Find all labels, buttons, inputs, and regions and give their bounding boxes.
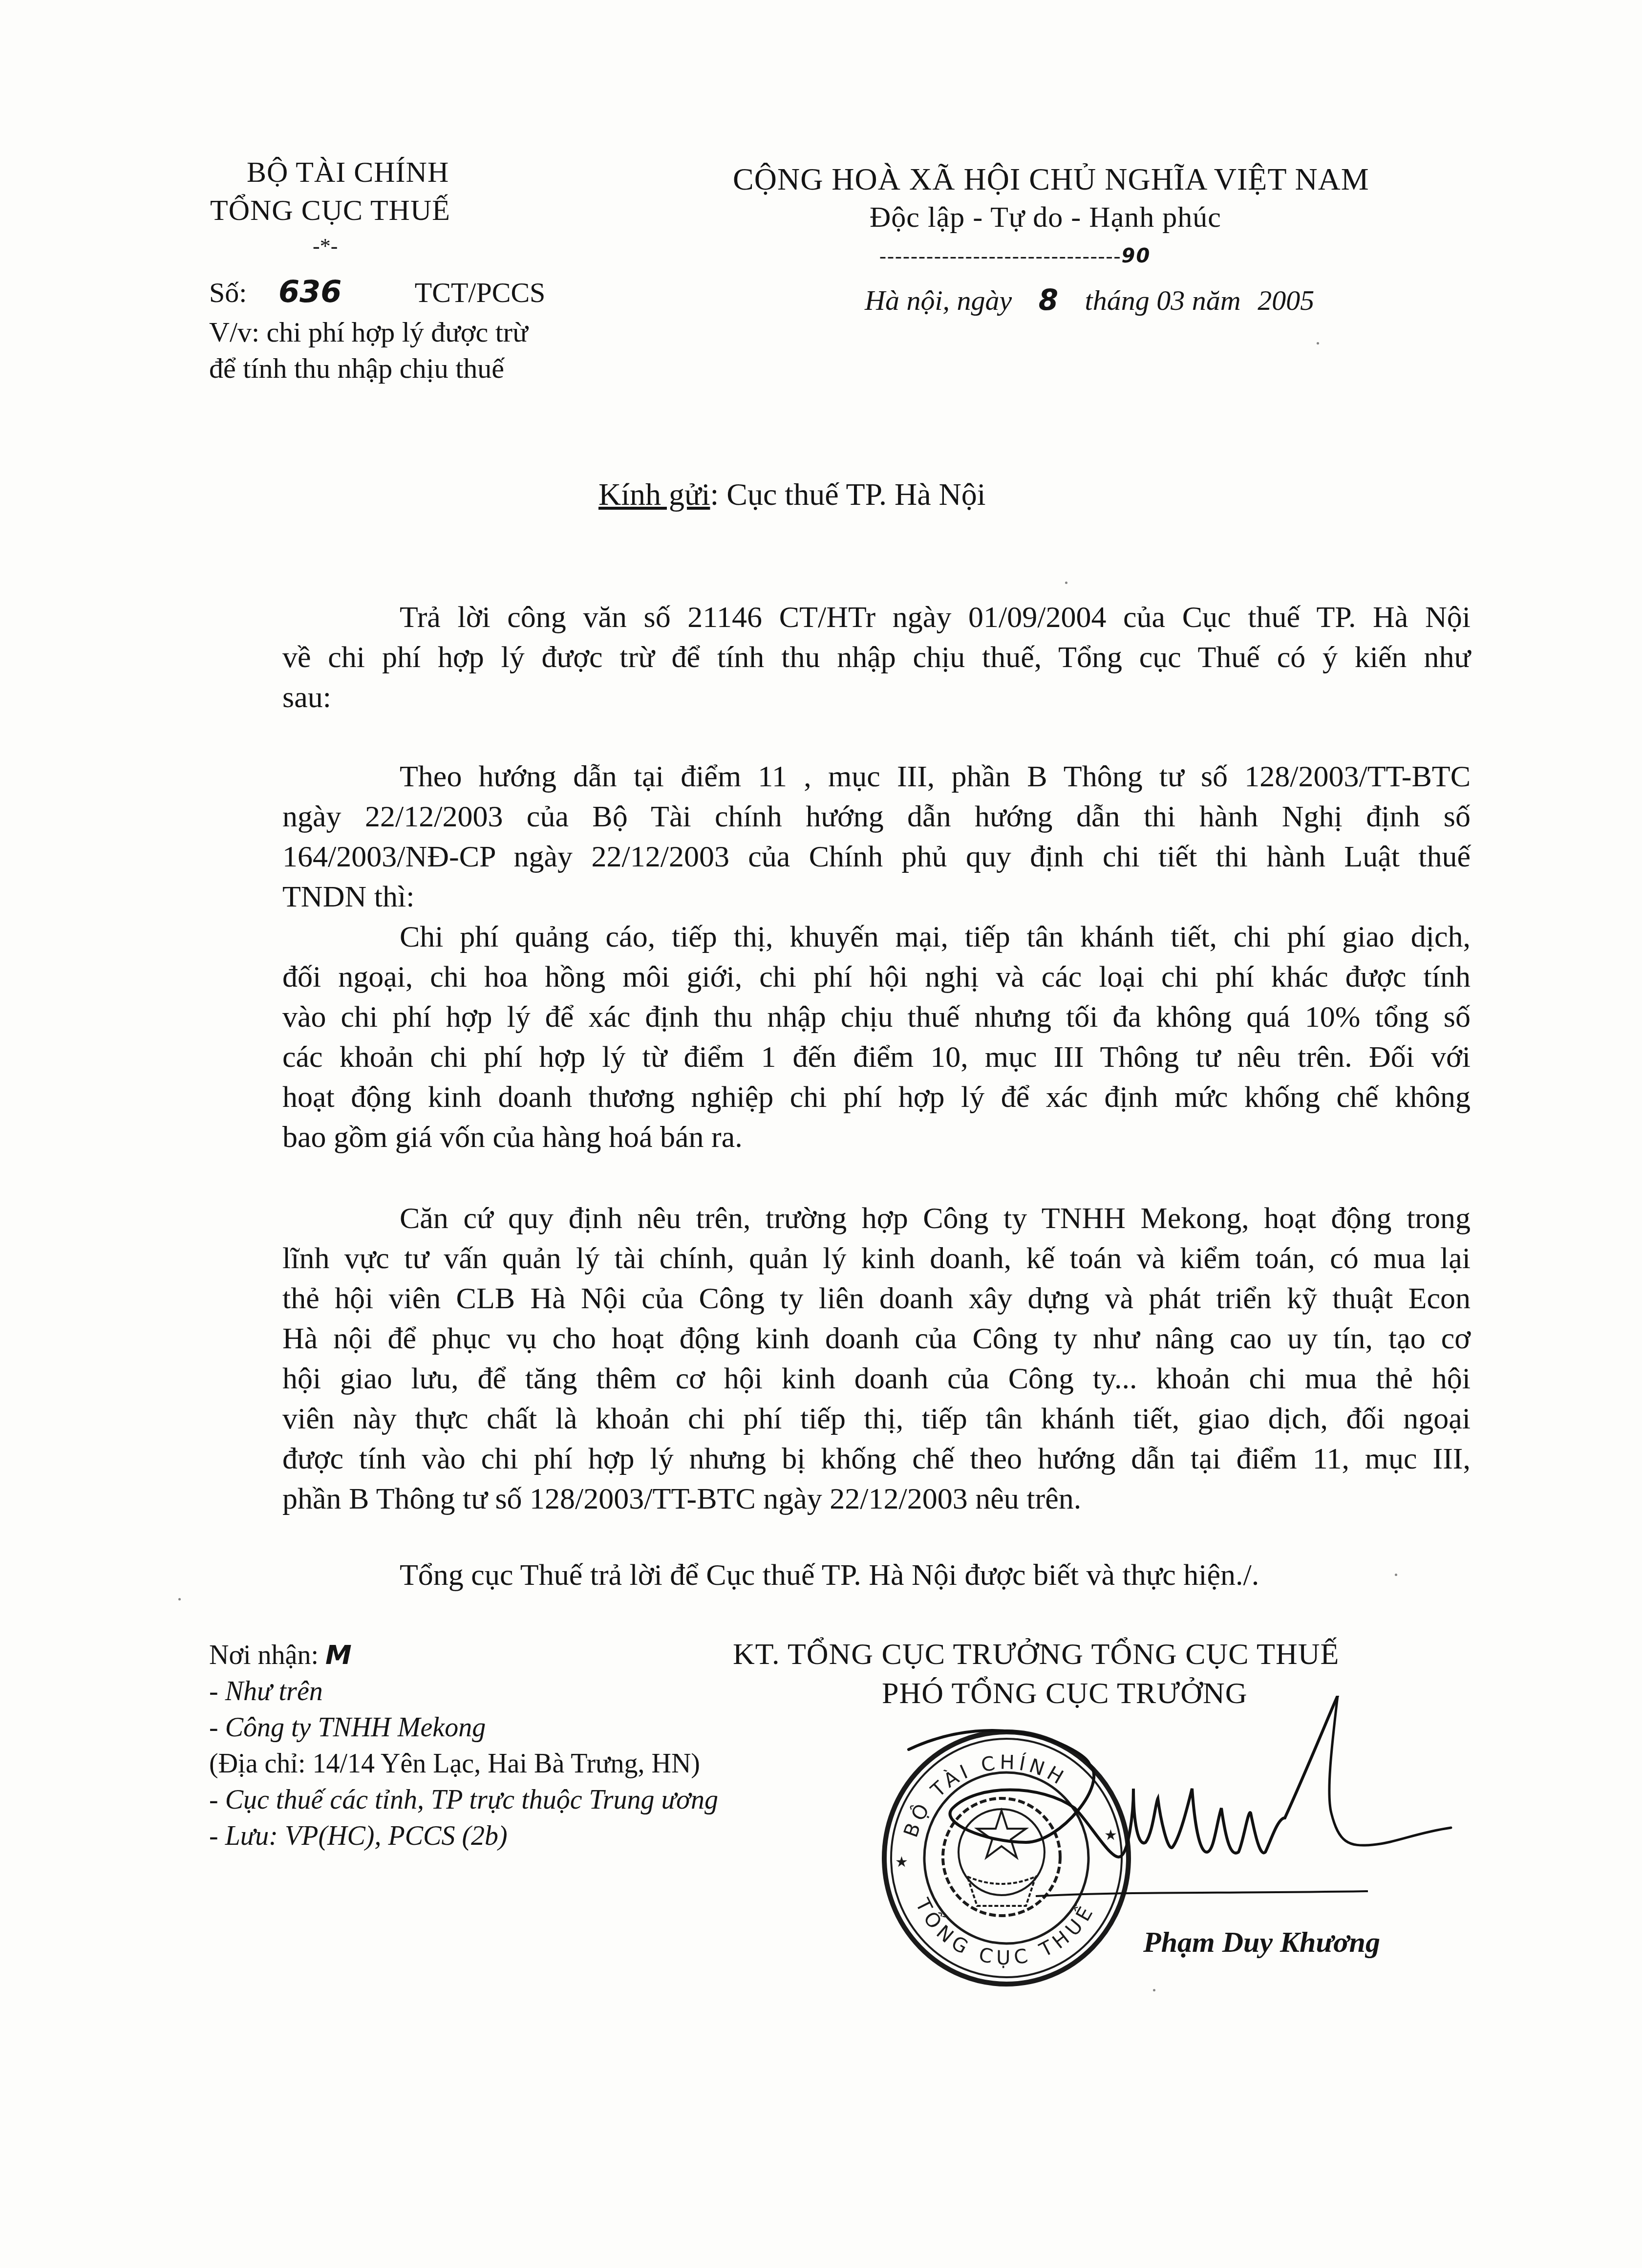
motto-rule: -------------------------------90 [879,244,1151,268]
body-line: đối ngoại, chi hoa hồng môi giới, chi ph… [282,957,1471,997]
body-line: Căn cứ quy định nêu trên, trường hợp Côn… [282,1198,1471,1238]
rule-mark: 90 [1122,245,1151,267]
body-line: Hà nội để phục vụ cho hoạt động kinh doa… [282,1318,1471,1359]
recipient-item: - Cục thuế các tỉnh, TP trực thuộc Trung… [209,1782,718,1818]
body-line: được tính vào chi phí hợp lý nhưng bị kh… [282,1439,1471,1479]
body-line: sau: [282,677,1471,717]
country-name: CỘNG HOÀ XÃ HỘI CHỦ NGHĨA VIỆT NAM [733,161,1369,197]
body-line: về chi phí hợp lý được trừ để tính thu n… [282,637,1471,677]
body-line: bao gồm giá vốn của hàng hoá bán ra. [282,1117,1471,1157]
date-year-label: năm [1192,284,1241,316]
body-line: Theo hướng dẫn tại điểm 11 , mục III, ph… [282,756,1471,797]
date-month-label: tháng [1085,284,1150,316]
recipient-item: - Như trên [209,1673,718,1709]
addressee-recipient: : Cục thuế TP. Hà Nội [710,477,985,512]
scan-speck [1395,1574,1397,1576]
body-line: Chi phí quảng cáo, tiếp thị, khuyến mại,… [282,917,1471,957]
recipient-item: - Lưu: VP(HC), PCCS (2b) [209,1818,718,1854]
recipient-item: (Địa chỉ: 14/14 Yên Lạc, Hai Bà Trưng, H… [209,1746,718,1782]
body-line: Trả lời công văn số 21146 CT/HTr ngày 01… [282,597,1471,637]
subject-line-2: để tính thu nhập chịu thuế [209,352,504,385]
scan-speck [1317,342,1319,345]
recipients-mark: M [325,1640,352,1670]
body-line: vào chi phí hợp lý để xác định thu nhập … [282,997,1471,1037]
body-line: phần B Thông tư số 128/2003/TT-BTC ngày … [282,1479,1471,1519]
body-line: 164/2003/NĐ-CP ngày 22/12/2003 của Chính… [282,837,1471,877]
date-prefix: Hà nội, ngày [865,284,1012,316]
paragraph-reply: Trả lời công văn số 21146 CT/HTr ngày 01… [282,597,1471,717]
date-year: 2005 [1258,284,1314,317]
body-line: thẻ hội viên CLB Hà Nội của Công ty liên… [282,1278,1471,1318]
date-day: 8 [1039,283,1058,317]
addressee-label: Kính gửi [598,477,710,512]
department-name: TỔNG CỤC THUẾ [210,194,450,227]
subject-line-1: V/v: chi phí hợp lý được trừ [209,316,528,348]
issue-date: Hà nội, ngày 8 tháng 03 năm 2005 [865,283,1314,317]
handwritten-signature-icon [879,1696,1505,1911]
number-value: 636 [278,274,341,309]
national-motto: Độc lập - Tự do - Hạnh phúc [870,200,1221,234]
scan-speck [1065,582,1067,584]
date-month: 03 [1156,284,1185,316]
ministry-name: BỘ TÀI CHÍNH [247,155,449,189]
document-number: Số: 636 TCT/PCCS [209,274,545,309]
body-line: lĩnh vực tư vấn quản lý tài chính, quản … [282,1238,1471,1278]
body-line: hoạt động kinh doanh thương nghiệp chi p… [282,1077,1471,1117]
paragraph-guidance: Theo hướng dẫn tại điểm 11 , mục III, ph… [282,756,1471,917]
body-line: hội giao lưu, để tăng thêm cơ hội kinh d… [282,1359,1471,1399]
recipients-label: Nơi nhận: [209,1640,319,1670]
body-line: viên này thực chất là khoản chi phí tiếp… [282,1399,1471,1439]
body-line: các khoản chi phí hợp lý từ điểm 1 đến đ… [282,1037,1471,1077]
number-label: Số: [209,277,247,308]
closing-sentence: Tổng cục Thuế trả lời để Cục thuế TP. Hà… [400,1558,1259,1593]
recipient-item: - Công ty TNHH Mekong [209,1709,718,1746]
addressee: Kính gửi: Cục thuế TP. Hà Nội [598,476,986,513]
body-line: ngày 22/12/2003 của Bộ Tài chính hướng d… [282,797,1471,837]
recipients-block: Nơi nhận: M - Như trên - Công ty TNHH Me… [209,1637,718,1854]
paragraph-case: Căn cứ quy định nêu trên, trường hợp Côn… [282,1198,1471,1519]
body-line: TNDN thì: [282,877,1471,917]
paragraph-cost-rules: Chi phí quảng cáo, tiếp thị, khuyến mại,… [282,917,1471,1157]
number-suffix: TCT/PCCS [415,276,546,309]
signature-title-1: KT. TỔNG CỤC TRƯỞNG TỔNG CỤC THUẾ [733,1637,1339,1672]
scan-speck [1153,1989,1155,1991]
signer-name: Phạm Duy Khương [1143,1925,1380,1959]
recipients-label-row: Nơi nhận: M [209,1637,718,1673]
rule-dashes: ------------------------------- [879,245,1122,267]
header-separator: -*- [313,234,338,259]
scan-speck [178,1598,181,1600]
